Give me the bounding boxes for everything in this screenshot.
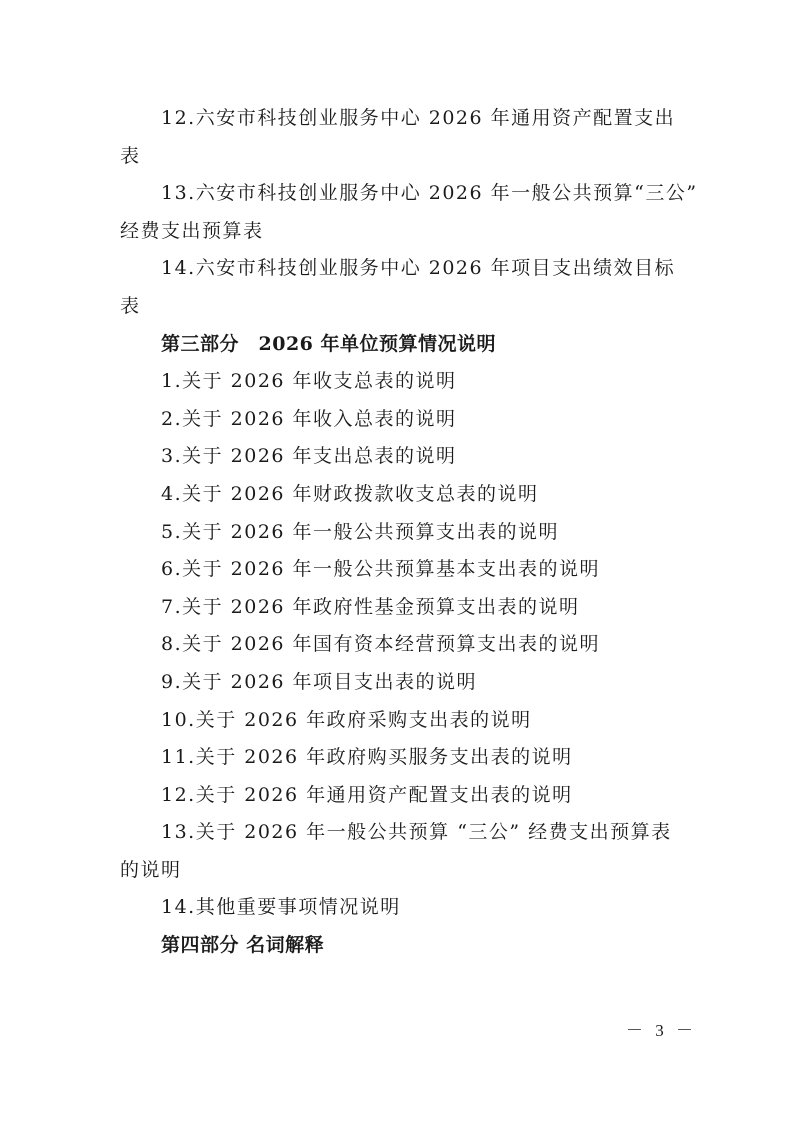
toc-item-12-line2: 表 — [120, 138, 680, 176]
part3-item: 3.关于 2026 年支出总表的说明 — [120, 438, 680, 476]
toc-item-14-line2: 表 — [120, 288, 680, 326]
document-page: 12.六安市科技创业服务中心 2026 年通用资产配置支出 表 13.六安市科技… — [120, 100, 680, 965]
part3-item: 5.关于 2026 年一般公共预算支出表的说明 — [120, 514, 680, 552]
part3-item: 8.关于 2026 年国有资本经营预算支出表的说明 — [120, 626, 680, 664]
part3-item: 2.关于 2026 年收入总表的说明 — [120, 401, 680, 439]
part3-item-13-line2: 的说明 — [120, 852, 680, 890]
page-number: － 3 － — [626, 1016, 697, 1041]
toc-item-13-line1: 13.六安市科技创业服务中心 2026 年一般公共预算“三公” — [120, 175, 680, 213]
part3-item: 9.关于 2026 年项目支出表的说明 — [120, 664, 680, 702]
part3-item-14: 14.其他重要事项情况说明 — [120, 889, 680, 927]
part3-item: 7.关于 2026 年政府性基金预算支出表的说明 — [120, 589, 680, 627]
toc-item-13-line2: 经费支出预算表 — [120, 213, 680, 251]
toc-item-12-line1: 12.六安市科技创业服务中心 2026 年通用资产配置支出 — [120, 100, 680, 138]
part3-item: 11.关于 2026 年政府购买服务支出表的说明 — [120, 739, 680, 777]
part4-heading: 第四部分 名词解释 — [120, 927, 680, 965]
part3-item-13-line1: 13.关于 2026 年一般公共预算 “三公” 经费支出预算表 — [120, 814, 680, 852]
part3-item: 1.关于 2026 年收支总表的说明 — [120, 363, 680, 401]
part3-heading: 第三部分 2026 年单位预算情况说明 — [120, 326, 680, 364]
part3-item: 4.关于 2026 年财政拨款收支总表的说明 — [120, 476, 680, 514]
part3-item: 6.关于 2026 年一般公共预算基本支出表的说明 — [120, 551, 680, 589]
part3-item: 12.关于 2026 年通用资产配置支出表的说明 — [120, 777, 680, 815]
toc-item-14-line1: 14.六安市科技创业服务中心 2026 年项目支出绩效目标 — [120, 250, 680, 288]
part3-item: 10.关于 2026 年政府采购支出表的说明 — [120, 702, 680, 740]
